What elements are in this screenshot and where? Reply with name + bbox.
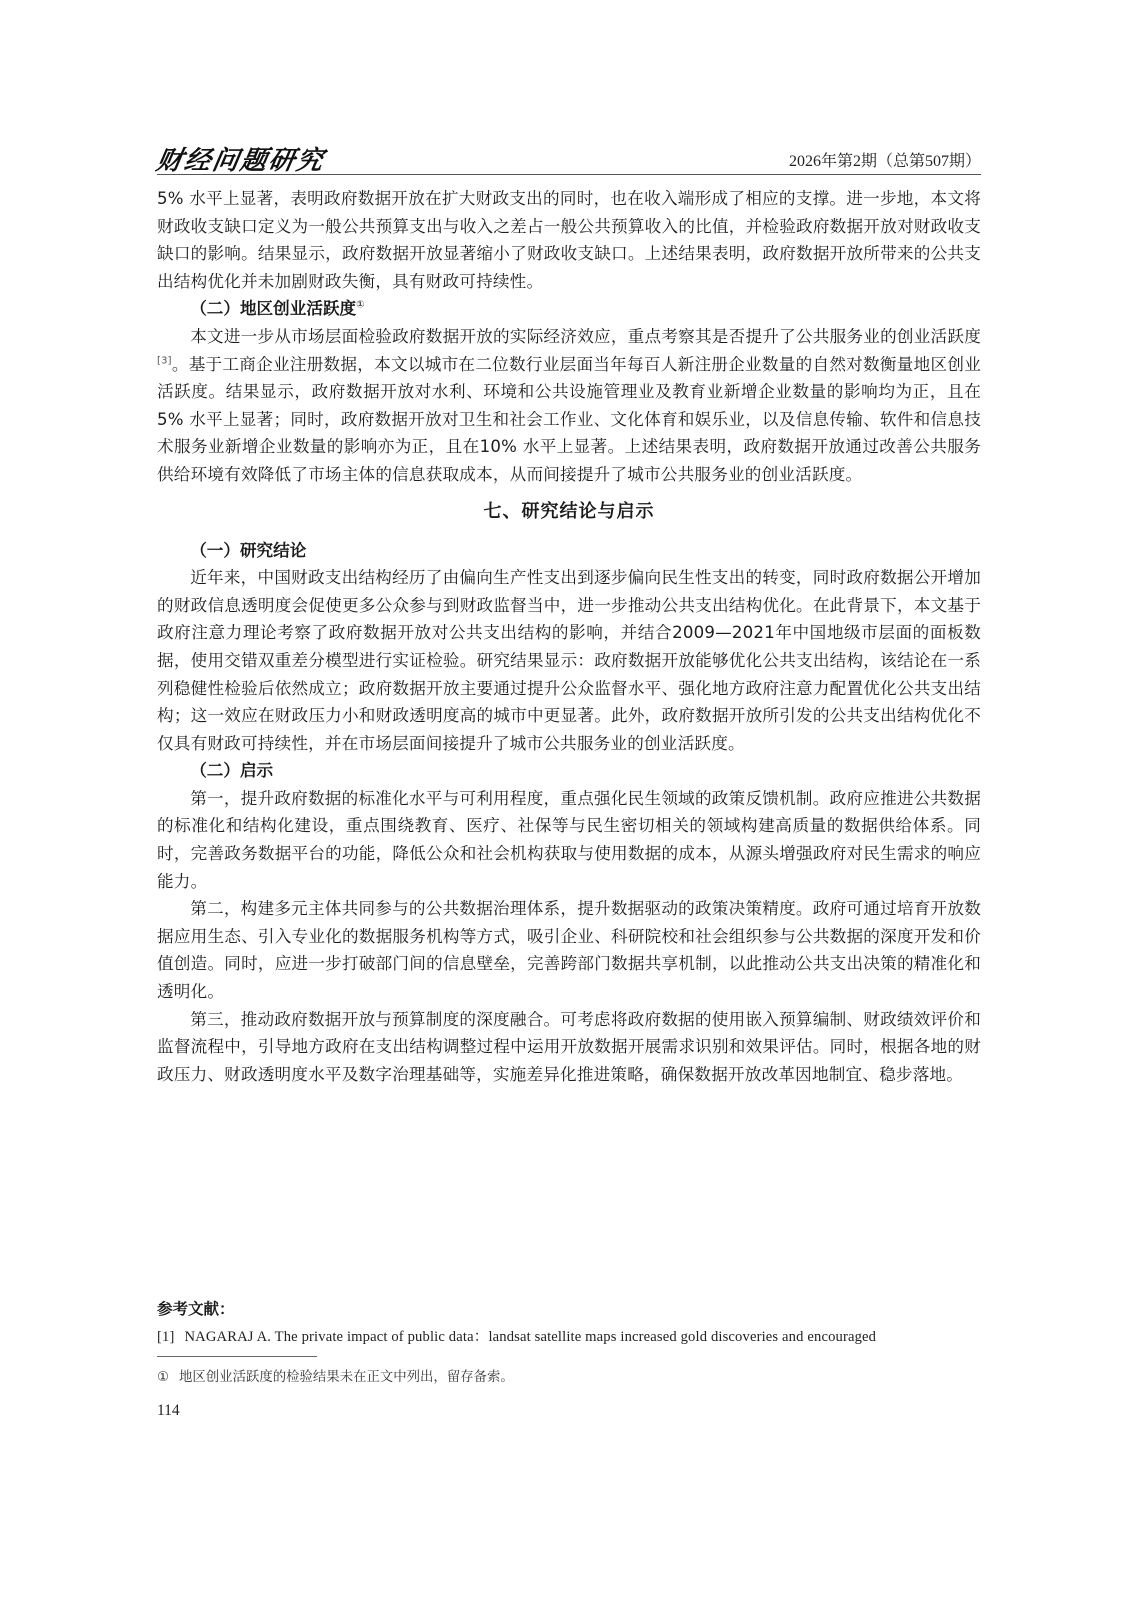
footnote-mark: ① [356, 300, 364, 311]
main-body: 5% 水平上显著，表明政府数据开放在扩大财政支出的同时，也在收入端形成了相应的支… [157, 185, 981, 1088]
running-header: 财经问题研究 2026年第2期（总第507期） [157, 138, 981, 175]
subsection-heading-text: （二）地区创业活跃度 [190, 299, 356, 318]
reference-text: NAGARAJ A. The private impact of public … [184, 1329, 876, 1345]
subsection-heading-implications: （二）启示 [157, 757, 981, 785]
section-title-conclusions: 七、研究结论与启示 [157, 498, 981, 526]
entrepreneurship-paragraph: 本文进一步从市场层面检验政府数据开放的实际经济效应，重点考察其是否提升了公共服务… [157, 323, 981, 489]
footnote-text: 地区创业活跃度的检验结果未在正文中列出，留存备索。 [179, 1370, 514, 1385]
implication-paragraph-2: 第二，构建多元主体共同参与的公共数据治理体系，提升数据驱动的政策决策精度。政府可… [157, 895, 981, 1005]
reference-number: [1] [157, 1329, 174, 1345]
continuation-paragraph: 5% 水平上显著，表明政府数据开放在扩大财政支出的同时，也在收入端形成了相应的支… [157, 185, 981, 295]
issue-info: 2026年第2期（总第507期） [789, 148, 981, 171]
footnote-mark: ① [157, 1370, 169, 1385]
reference-item: [1]NAGARAJ A. The private impact of publ… [157, 1325, 987, 1346]
citation-ref: [3] [157, 355, 172, 366]
page-number: 114 [157, 1402, 180, 1420]
footnote-divider [157, 1356, 317, 1357]
subsection-heading-conclusions: （一）研究结论 [157, 537, 981, 565]
paragraph-text: 本文进一步从市场层面检验政府数据开放的实际经济效应，重点考察其是否提升了公共服务… [190, 327, 981, 346]
subsection-heading-entrepreneurship: （二）地区创业活跃度① [157, 295, 981, 323]
paragraph-text: 。基于工商企业注册数据，本文以城市在二位数行业层面当年每百人新注册企业数量的自然… [157, 355, 981, 484]
footnote: ①地区创业活跃度的检验结果未在正文中列出，留存备索。 [157, 1366, 514, 1385]
references-title: 参考文献： [157, 1297, 235, 1319]
journal-logo: 财经问题研究 [154, 140, 329, 177]
implication-paragraph-1: 第一，提升政府数据的标准化水平与可利用程度，重点强化民生领域的政策反馈机制。政府… [157, 785, 981, 895]
conclusions-paragraph: 近年来，中国财政支出结构经历了由偏向生产性支出到逐步偏向民生性支出的转变，同时政… [157, 564, 981, 757]
implication-paragraph-3: 第三，推动政府数据开放与预算制度的深度融合。可考虑将政府数据的使用嵌入预算编制、… [157, 1006, 981, 1089]
